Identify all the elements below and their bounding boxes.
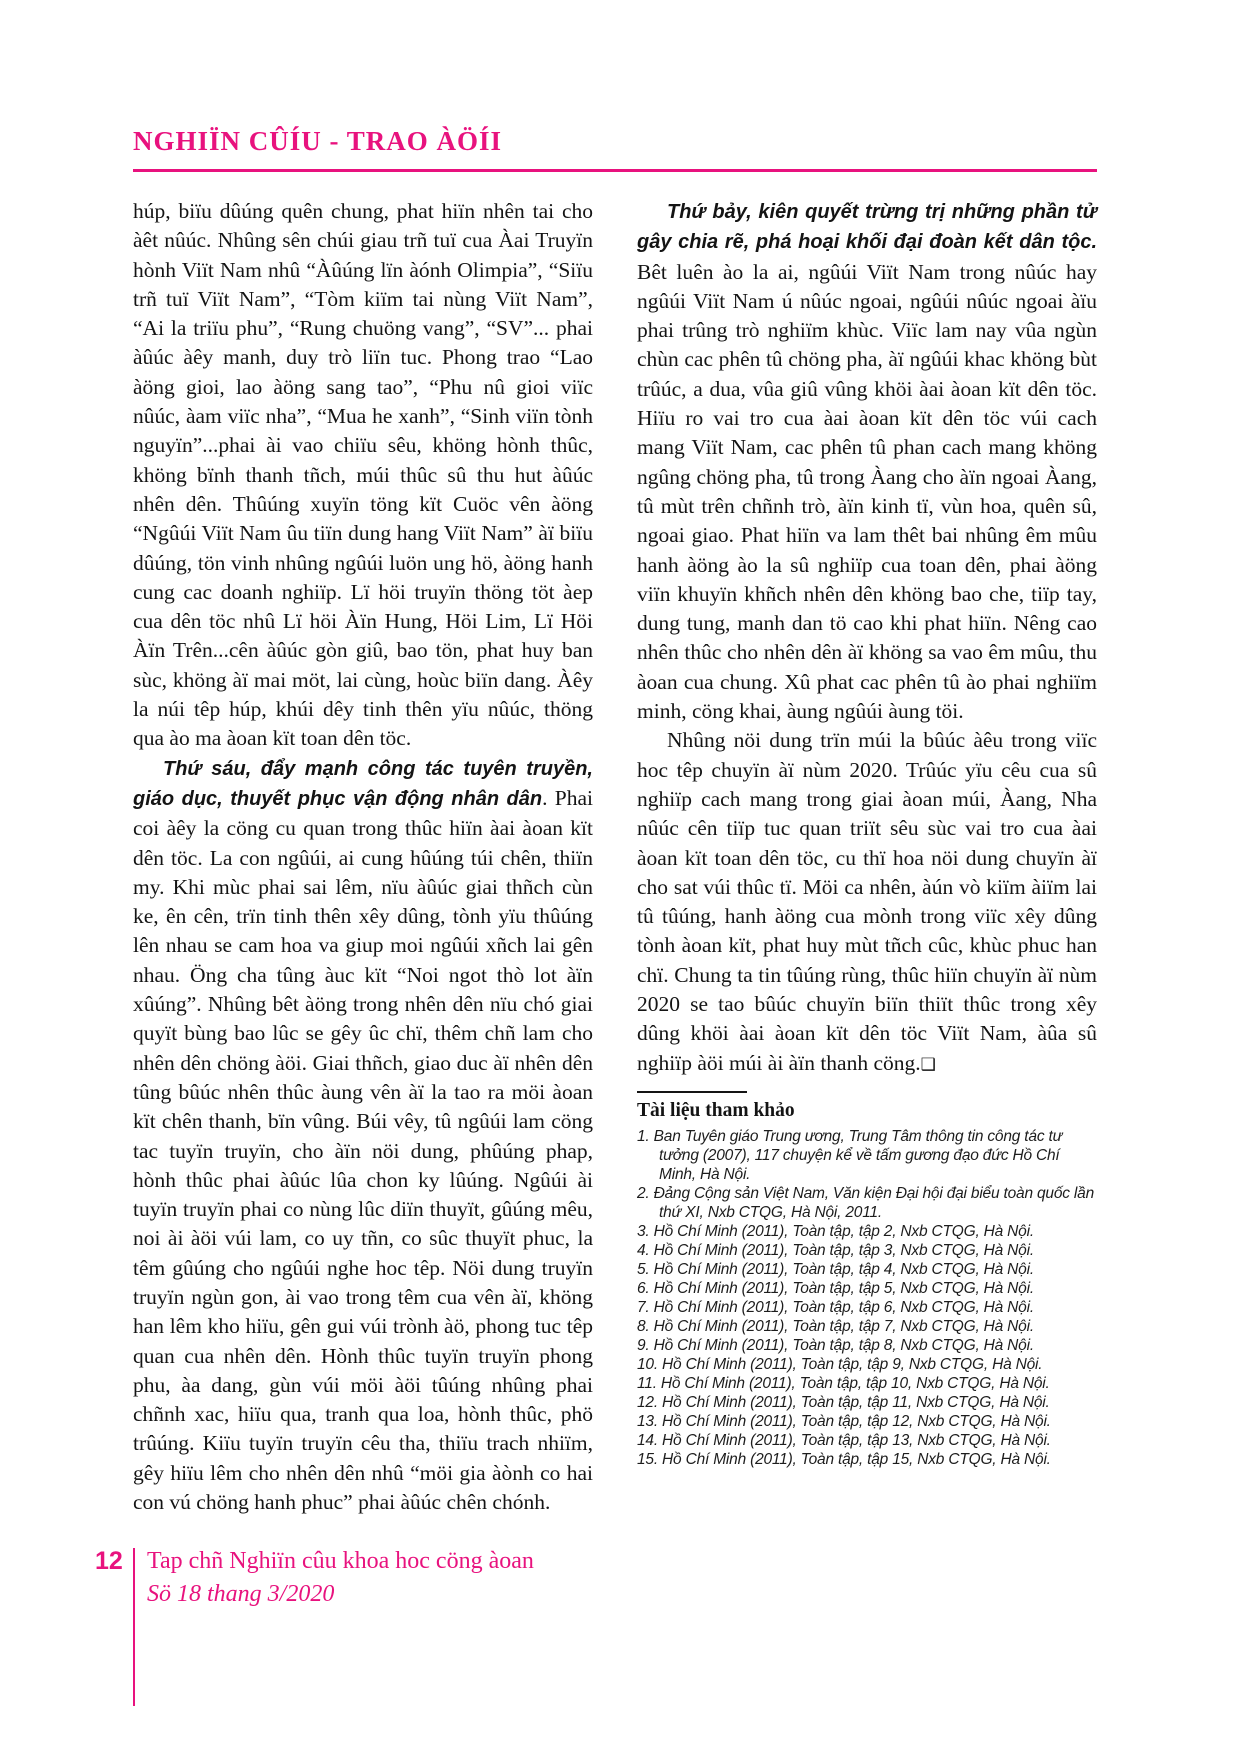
reference-item: 9. Hồ Chí Minh (2011), Toàn tập, tập 8, … (637, 1336, 1097, 1355)
end-of-article-mark: ❑ (921, 1055, 936, 1074)
reference-item: 10. Hồ Chí Minh (2011), Toàn tập, tập 9,… (637, 1355, 1097, 1374)
section-header-title: NGHIÏN CÛÍU - TRAO ÀÖÍI (133, 126, 502, 157)
references-heading: Tài liệu tham khảo (637, 1097, 1097, 1125)
reference-item: 6. Hồ Chí Minh (2011), Toàn tập, tập 5, … (637, 1279, 1097, 1298)
page-number: 12 (95, 1547, 123, 1576)
header-rule (133, 169, 1097, 172)
paragraph-continuation: húp, biïu dûúng quên chung, phat hiïn nh… (133, 197, 593, 754)
references-divider (637, 1091, 747, 1093)
reference-item: 14. Hồ Chí Minh (2011), Toàn tập, tập 13… (637, 1431, 1097, 1450)
footer-vertical-rule (133, 1548, 135, 1706)
reference-item: 3. Hồ Chí Minh (2011), Toàn tập, tập 2, … (637, 1222, 1097, 1241)
reference-item: 7. Hồ Chí Minh (2011), Toàn tập, tập 6, … (637, 1298, 1097, 1317)
paragraph-closing: Nhûng nöi dung trïn múi la bûúc àêu tron… (637, 726, 1097, 1079)
paragraph-continuation-text: húp, biïu dûúng quên chung, phat hiïn nh… (133, 199, 593, 750)
paragraph-thu-sau-lead: Thứ sáu, đẩy mạnh công tác tuyên truyền,… (133, 758, 593, 810)
reference-item: 8. Hồ Chí Minh (2011), Toàn tập, tập 7, … (637, 1317, 1097, 1336)
paragraph-thu-sau: Thứ sáu, đẩy mạnh công tác tuyên truyền,… (133, 754, 593, 1518)
paragraph-thu-bay-body: Bêt luên ào la ai, ngûúi Viït Nam trong … (637, 260, 1097, 723)
references-list: 1. Ban Tuyên giáo Trung ương, Trung Tâm … (637, 1127, 1097, 1469)
reference-item: 4. Hồ Chí Minh (2011), Toàn tập, tập 3, … (637, 1241, 1097, 1260)
reference-item: 11. Hồ Chí Minh (2011), Toàn tập, tập 10… (637, 1374, 1097, 1393)
reference-item: 15. Hồ Chí Minh (2011), Toàn tập, tập 15… (637, 1450, 1097, 1469)
right-column: Thứ bảy, kiên quyết trừng trị những phần… (637, 197, 1097, 1469)
reference-item: 1. Ban Tuyên giáo Trung ương, Trung Tâm … (637, 1127, 1097, 1184)
journal-page: NGHIÏN CÛÍU - TRAO ÀÖÍI húp, biïu dûúng … (0, 0, 1240, 1753)
paragraph-thu-bay: Thứ bảy, kiên quyết trừng trị những phần… (637, 197, 1097, 726)
paragraph-closing-text: Nhûng nöi dung trïn múi la bûúc àêu tron… (637, 728, 1097, 1074)
paragraph-thu-bay-lead: Thứ bảy, kiên quyết trừng trị những phần… (637, 201, 1097, 253)
reference-item: 2. Đảng Cộng sản Việt Nam, Văn kiện Đại … (637, 1184, 1097, 1222)
left-column: húp, biïu dûúng quên chung, phat hiïn nh… (133, 197, 593, 1517)
footer-issue-info: Sö 18 thang 3/2020 (147, 1581, 334, 1608)
footer-journal-title: Tap chñ Nghiïn cûu khoa hoc cöng àoan (147, 1548, 534, 1575)
reference-item: 12. Hồ Chí Minh (2011), Toàn tập, tập 11… (637, 1393, 1097, 1412)
paragraph-thu-sau-body: . Phai coi àêy la cöng cu quan trong thû… (133, 786, 593, 1514)
reference-item: 5. Hồ Chí Minh (2011), Toàn tập, tập 4, … (637, 1260, 1097, 1279)
reference-item: 13. Hồ Chí Minh (2011), Toàn tập, tập 12… (637, 1412, 1097, 1431)
